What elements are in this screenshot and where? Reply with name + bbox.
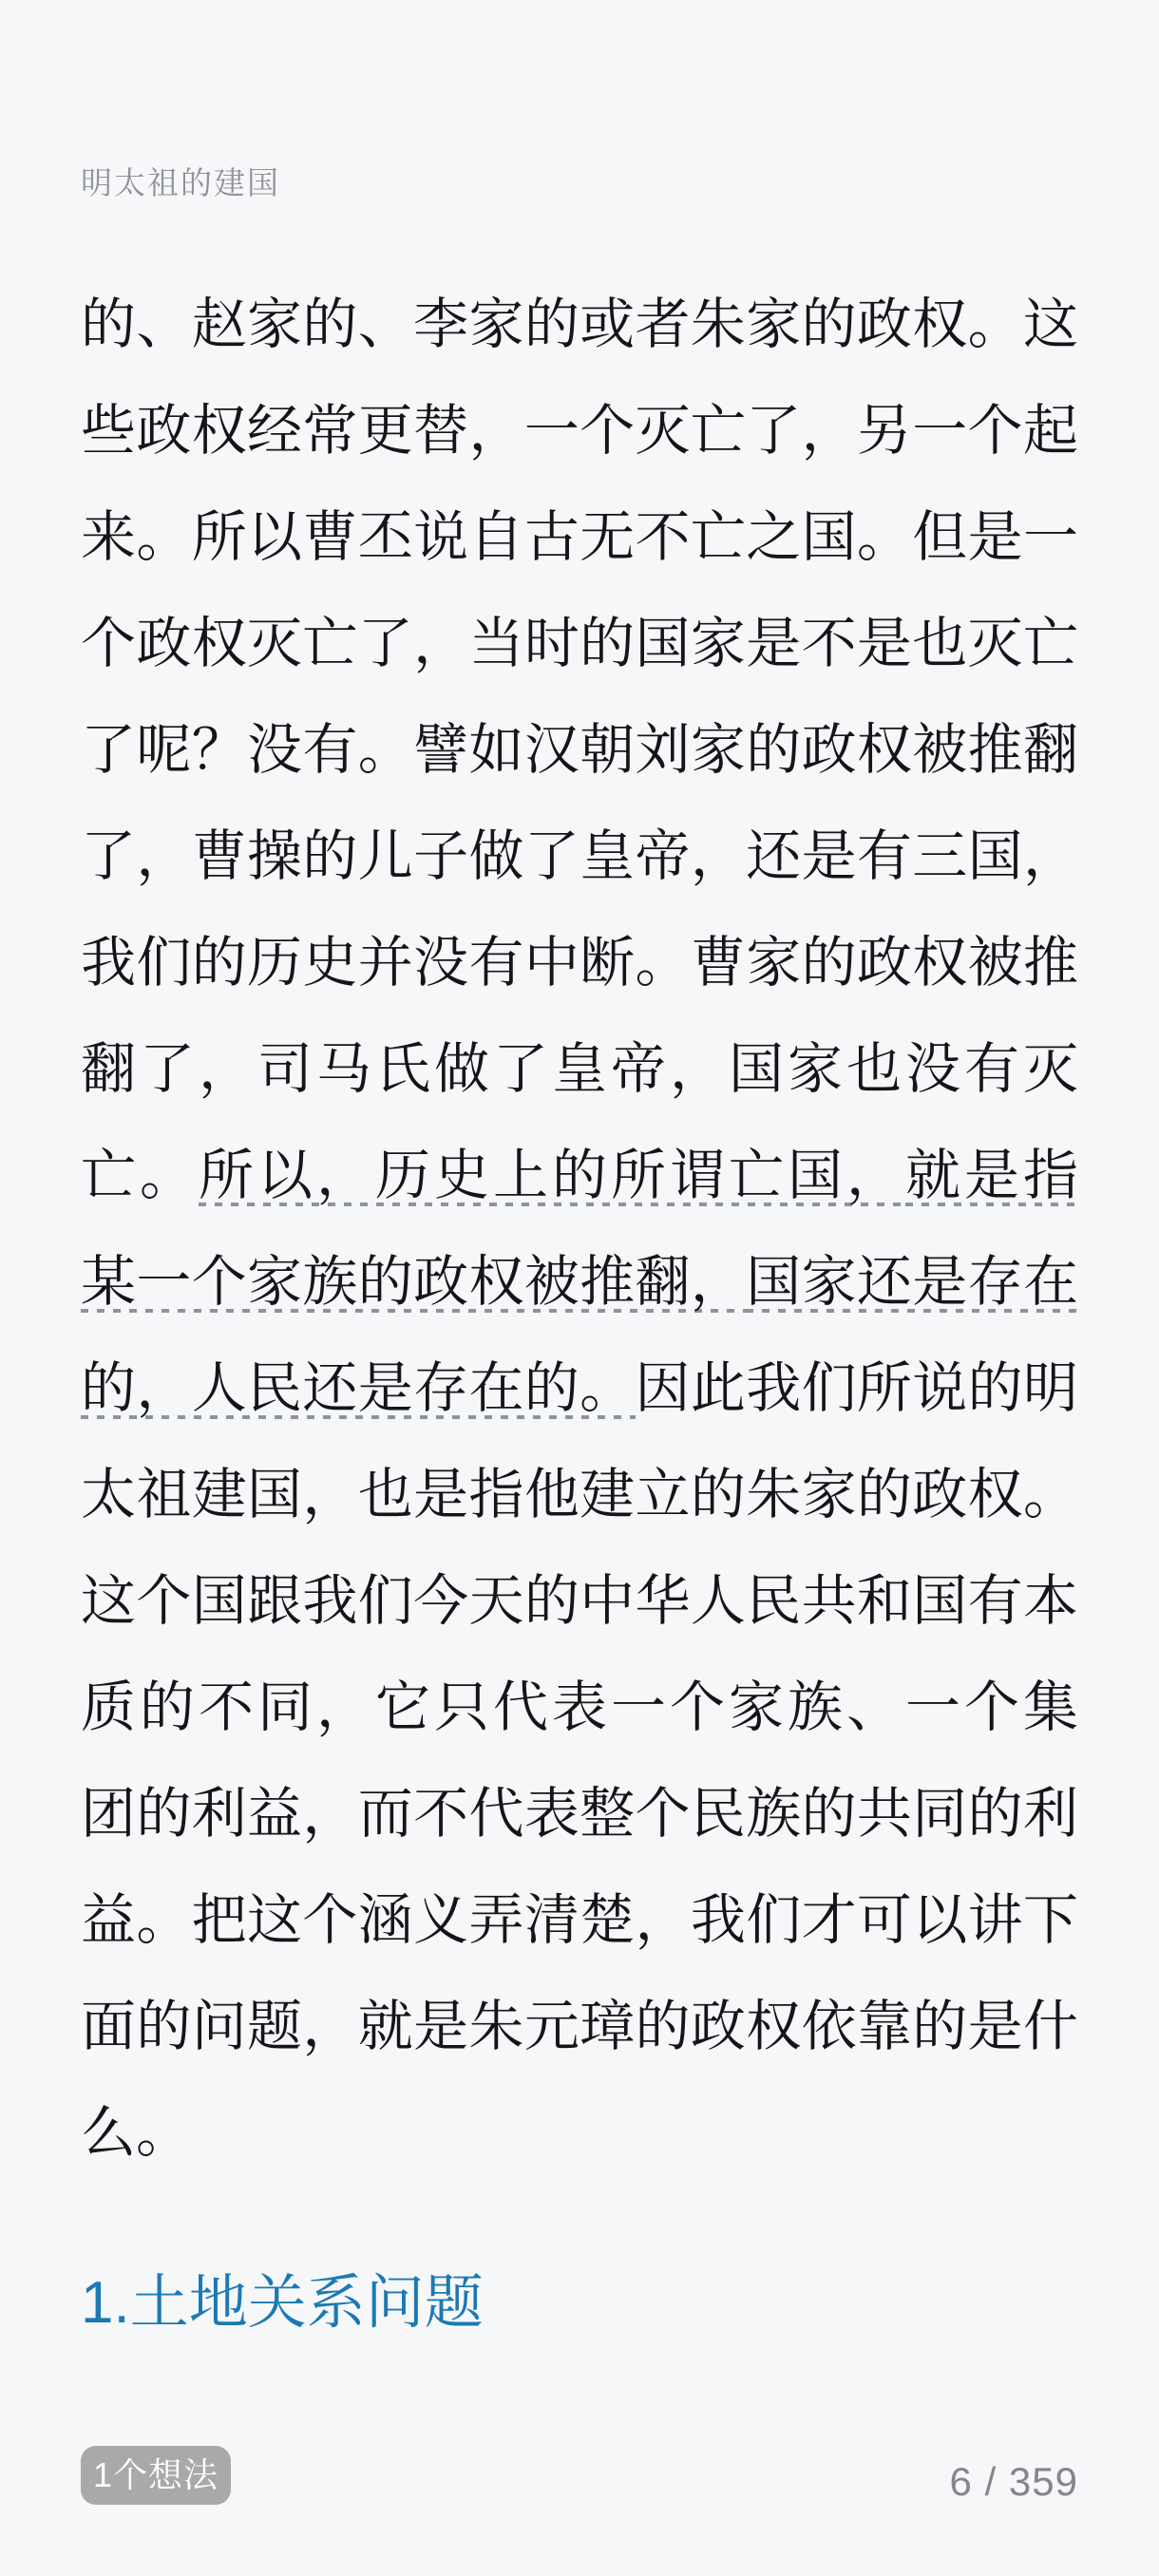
body-text-segment: 团的利益，而不代表整个民族的共同的利	[81, 1783, 1078, 1845]
body-text: 的、赵家的、李家的或者朱家的政权。这些政权经常更替，一个灭亡了，另一个起来。所以…	[81, 272, 1078, 2187]
section-heading: 1.土地关系问题	[81, 2265, 484, 2341]
body-line: 太祖建国，也是指他建立的朱家的政权。	[81, 1442, 1078, 1548]
body-text-segment: 些政权经常更替，一个灭亡了，另一个起	[81, 400, 1078, 462]
body-line: 亡。所以，历史上的所谓亡国，就是指	[81, 1123, 1078, 1229]
body-text-segment: 质的不同，它只代表一个家族、一个集	[81, 1676, 1078, 1738]
body-line: 益。把这个涵义弄清楚，我们才可以讲下	[81, 1867, 1078, 1974]
body-line: 面的问题，就是朱元璋的政权依靠的是什	[81, 1974, 1078, 2080]
body-text-segment: 我们的历史并没有中断。曹家的政权被推	[81, 932, 1078, 994]
body-text-segment: 亡。	[81, 1145, 199, 1206]
body-line: 些政权经常更替，一个灭亡了，另一个起	[81, 378, 1078, 484]
body-line: 质的不同，它只代表一个家族、一个集	[81, 1655, 1078, 1761]
underlined-note-text[interactable]: 某一个家族的政权被推翻，	[81, 1251, 746, 1313]
body-line: 我们的历史并没有中断。曹家的政权被推	[81, 910, 1078, 1016]
body-text-segment: 面的问题，就是朱元璋的政权依靠的是什	[81, 1996, 1078, 2057]
body-text-segment: 的、赵家的、李家的或者朱家的政权。这	[81, 294, 1078, 355]
body-line: 的，人民还是存在的。因此我们所说的明	[81, 1335, 1078, 1442]
body-line: 来。所以曹丕说自古无不亡之国。但是一	[81, 484, 1078, 591]
body-line: 个政权灭亡了，当时的国家是不是也灭亡	[81, 591, 1078, 697]
body-line: 团的利益，而不代表整个民族的共同的利	[81, 1761, 1078, 1867]
body-text-segment: 来。所以曹丕说自古无不亡之国。但是一	[81, 506, 1078, 568]
chapter-title: 明太祖的建国	[81, 163, 280, 203]
notes-badge[interactable]: 1个想法	[81, 2446, 231, 2505]
underlined-note-text[interactable]: 国家还是存在	[746, 1251, 1078, 1313]
body-text-segment: 因此我们所说的明	[636, 1357, 1078, 1419]
body-line: 了呢？没有。譬如汉朝刘家的政权被推翻	[81, 697, 1078, 804]
body-line: 这个国跟我们今天的中华人民共和国有本	[81, 1548, 1078, 1655]
body-line: 了，曹操的儿子做了皇帝，还是有三国，	[81, 804, 1078, 910]
body-line: 某一个家族的政权被推翻，国家还是存在	[81, 1229, 1078, 1335]
body-text-segment: 这个国跟我们今天的中华人民共和国有本	[81, 1570, 1078, 1632]
underlined-note-text[interactable]: 所以，历史上的所谓亡国，	[199, 1145, 905, 1206]
body-text-segment: 了，曹操的儿子做了皇帝，还是有三国，	[81, 825, 1078, 887]
body-text-segment: 了呢？没有。譬如汉朝刘家的政权被推翻	[81, 719, 1078, 781]
body-text-segment: 翻了，司马氏做了皇帝，国家也没有灭	[81, 1038, 1078, 1100]
body-text-segment: 个政权灭亡了，当时的国家是不是也灭亡	[81, 613, 1078, 674]
reader-page[interactable]: 明太祖的建国 的、赵家的、李家的或者朱家的政权。这些政权经常更替，一个灭亡了，另…	[0, 0, 1159, 2576]
underlined-note-text[interactable]: 就是指	[905, 1145, 1078, 1206]
body-text-segment: 么。	[81, 2102, 191, 2164]
body-text-segment: 太祖建国，也是指他建立的朱家的政权。	[81, 1464, 1078, 1525]
page-indicator: 6 / 359	[950, 2455, 1078, 2509]
body-line: 翻了，司马氏做了皇帝，国家也没有灭	[81, 1016, 1078, 1123]
body-line: 么。	[81, 2080, 1078, 2187]
body-text-segment: 益。把这个涵义弄清楚，我们才可以讲下	[81, 1889, 1078, 1951]
underlined-note-text[interactable]: 的，人民还是存在的。	[81, 1357, 636, 1419]
body-line: 的、赵家的、李家的或者朱家的政权。这	[81, 272, 1078, 378]
